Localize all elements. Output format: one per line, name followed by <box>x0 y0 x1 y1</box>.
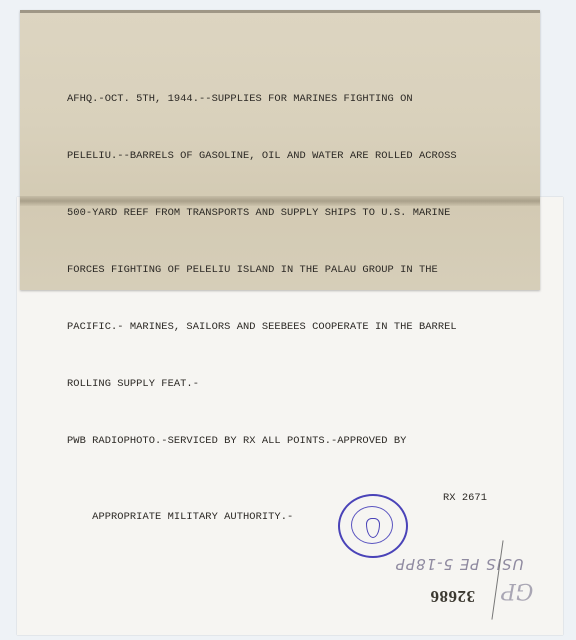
caption-top-edge <box>20 10 540 13</box>
serial-number: 32686 <box>430 586 475 606</box>
caption-line-7: PWB RADIOPHOTO.-SERVICED BY RX ALL POINT… <box>67 432 487 451</box>
handwritten-note: USIS PE 5-18PP <box>395 555 524 573</box>
caption-line-5: PACIFIC.- MARINES, SAILORS AND SEEBEES C… <box>67 318 487 337</box>
caption-line-8-wrap: APPROPRIATE MILITARY AUTHORITY.- RX 2671 <box>67 489 487 508</box>
caption-line-4: FORCES FIGHTING OF PELELIU ISLAND IN THE… <box>67 261 487 280</box>
caption-line-8: APPROPRIATE MILITARY AUTHORITY.- <box>92 511 293 523</box>
reference-number: RX 2671 <box>443 489 487 508</box>
caption-line-1: AFHQ.-OCT. 5th, 1944.--SUPPLIES FOR MARI… <box>67 90 487 109</box>
circular-ink-stamp <box>338 494 408 558</box>
caption-line-3: 500-YARD REEF FROM TRANSPORTS AND SUPPLY… <box>67 204 487 223</box>
caption-text: AFHQ.-OCT. 5th, 1944.--SUPPLIES FOR MARI… <box>67 52 487 527</box>
handwritten-initials: GP <box>501 578 533 603</box>
caption-line-6: ROLLING SUPPLY FEAT.- <box>67 375 487 394</box>
caption-line-2: PELELIU.--BARRELS OF GASOLINE, OIL AND W… <box>67 147 487 166</box>
